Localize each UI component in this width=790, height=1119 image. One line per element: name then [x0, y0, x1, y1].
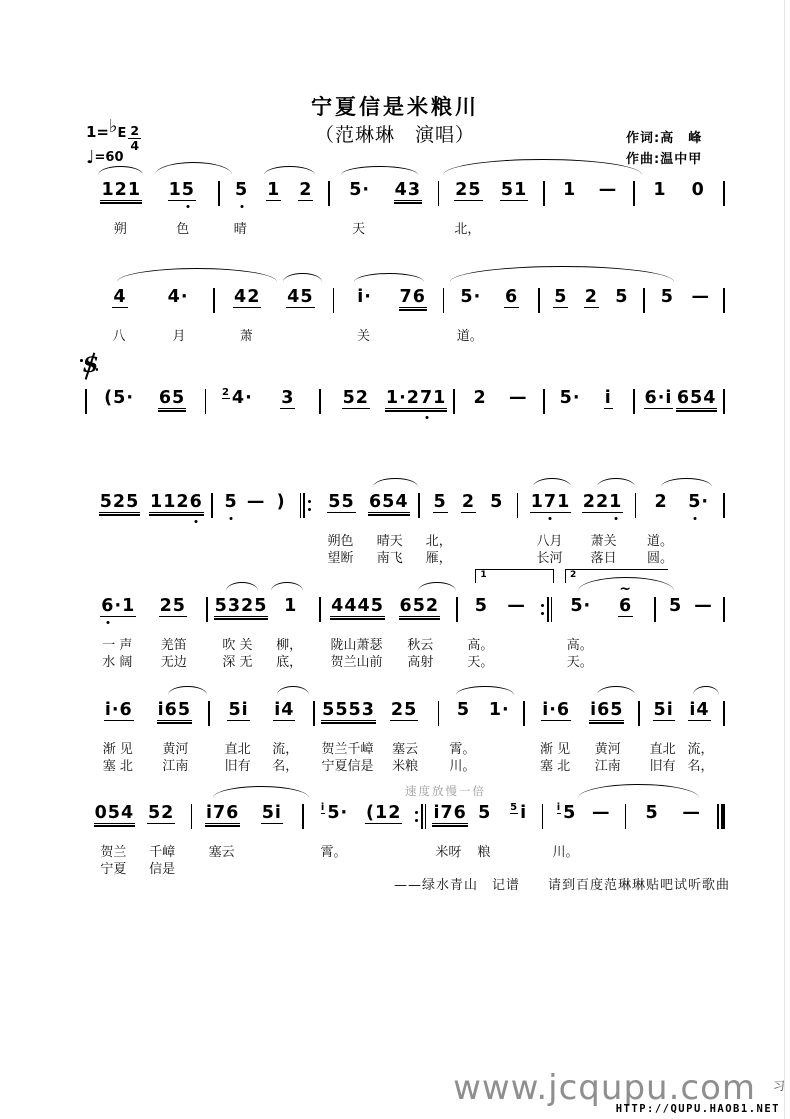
note-token: 43 — [384, 180, 432, 201]
measure: 5ii4直北流，旧有名， — [210, 700, 313, 774]
lyric-syllable: 高。 — [556, 638, 603, 653]
lyric-syllable: 名， — [682, 759, 720, 774]
note-token: 5· — [336, 180, 384, 200]
note-token: 5325 — [214, 596, 269, 617]
lyric-syllable: 底， — [263, 655, 315, 670]
lyric-line: 水 阔无边 — [85, 655, 206, 670]
lyric-line: 圆。 — [636, 551, 723, 566]
lyric-syllable — [274, 329, 329, 344]
lyric-syllable: 萧 — [219, 329, 274, 344]
measure: i7655i米呀粮 — [426, 803, 541, 862]
lyric-line: 北， — [439, 222, 542, 237]
measure-notes: 12115 — [85, 180, 218, 206]
measure-notes: 5·6 — [444, 287, 538, 313]
slur-arc — [213, 786, 309, 798]
note-token: 1·271 — [385, 388, 447, 409]
watermark-edge-mark: 习 — [773, 1077, 785, 1094]
lyric-line: 塞 北江南 — [525, 759, 638, 774]
lyric-syllable: 天 — [334, 222, 384, 237]
note-token: i76 — [432, 803, 467, 824]
note-token: 6·i — [641, 388, 676, 409]
slur-arc — [533, 478, 571, 487]
lyric-syllable: 宁夏信是 — [319, 759, 377, 774]
lyric-line: 朔色 — [85, 222, 218, 237]
time-signature: 2 4 — [128, 124, 141, 153]
measure-notes: 555325 — [315, 700, 438, 726]
staff-row: 6·125一 声羌笛水 阔无边53251吹 关柳，深 无底，4445652陇山萧… — [85, 596, 725, 670]
note-token: 6 — [491, 287, 532, 308]
note-token: 42 — [221, 287, 274, 308]
lyric-line: 霄。 — [304, 845, 414, 860]
note-token: 52 — [327, 388, 385, 409]
note-token: 5· — [450, 287, 491, 307]
music-system: 44·八月4245萧i·76关5·6道。5255— — [85, 287, 725, 344]
volta-bracket: 1 — [475, 569, 554, 583]
note-token: 52 — [138, 803, 185, 824]
note-token: 171 — [524, 492, 576, 513]
note-token: — — [499, 596, 534, 616]
lyric-line: 朔色晴天 — [312, 534, 419, 549]
note-token: 1 — [268, 596, 313, 616]
measure-notes: i5— — [543, 803, 625, 829]
note-token: — — [244, 492, 269, 512]
note-token: — — [584, 803, 619, 823]
segno-icon: S — [79, 353, 101, 380]
lyric-syllable: 柳， — [263, 638, 315, 653]
staff-row: 44·八月4245萧i·76关5·6道。5255— — [85, 287, 725, 344]
note-token: 2 — [642, 492, 680, 512]
note-token: 5 — [445, 700, 481, 720]
note-token: 25 — [445, 180, 491, 201]
lyric-syllable: 南飞 — [365, 551, 414, 566]
tempo-value: =60 — [95, 150, 124, 165]
lyric-syllable — [481, 759, 519, 774]
slur-arc — [578, 784, 700, 798]
measure: 512晴 — [220, 180, 328, 237]
lyric-syllable — [290, 222, 323, 237]
music-system: S(5·6524·3521·2712—5·i6·i654 — [85, 388, 725, 414]
music-system: i·6i65渐 见黄河塞 北江南5ii4直北流，旧有名，555325贺兰千嶂塞云… — [85, 700, 725, 774]
lyric-line: 高。 — [458, 638, 540, 653]
note-token: 76 — [389, 287, 437, 308]
note-token: i·6 — [91, 700, 147, 721]
barline — [723, 492, 725, 518]
note-token: 121 — [91, 180, 152, 201]
measure: 2— — [455, 388, 543, 414]
music-system: 速度放慢一倍05452贺兰千嶂宁夏信是i765i塞云i5·(12霄。i7655i… — [85, 803, 725, 877]
lyric-syllable — [499, 638, 536, 653]
lyric-syllable: 关 — [338, 329, 388, 344]
lyric-line: 宁夏信是米粮 — [315, 759, 438, 774]
lyric-line: 八月萧关 — [518, 534, 634, 549]
measure-notes: 51· — [439, 700, 523, 726]
lyric-line: 萧 — [215, 329, 333, 344]
measure-notes: (5·65 — [87, 388, 205, 414]
lyric-syllable: 江南 — [147, 759, 205, 774]
measure: 5·43天 — [330, 180, 438, 237]
note-token: ) — [269, 492, 294, 512]
note-token: 5i — [247, 803, 296, 824]
lyric-syllable: 八月 — [522, 534, 576, 549]
note-token: i — [589, 388, 627, 409]
lyric-syllable — [454, 551, 484, 566]
measure-notes: 5—) — [213, 492, 300, 518]
footer-credit: ——绿水青山 记谱 请到百度范琳琳贴吧试听歌曲 — [0, 874, 730, 893]
lyric-syllable: 直北 — [214, 742, 262, 757]
lyric-syllable: 晴 — [224, 222, 257, 237]
measure: 5— — [656, 596, 724, 640]
note-token: i5 — [549, 803, 584, 823]
lyric-syllable: 贺兰 — [89, 845, 138, 860]
lyric-syllable — [603, 638, 650, 653]
lyric-syllable: 千嶂 — [138, 845, 187, 860]
lyric-syllable: 萧关 — [577, 534, 631, 549]
volta-label: 1 — [480, 570, 486, 580]
lyric-line: 晴 — [220, 222, 328, 237]
lyric-line: 吹 关柳， — [208, 638, 319, 653]
lyric-line: 一 声羌笛 — [85, 638, 206, 653]
note-token: 45 — [274, 287, 327, 308]
lyric-line: 天。 — [458, 655, 540, 670]
measure-notes: 24·3 — [206, 388, 319, 414]
slur-arc — [373, 478, 418, 487]
note-token: 5 — [607, 287, 637, 307]
grace-note: 2 — [222, 388, 230, 399]
lyric-line: 渐 见黄河 — [525, 742, 638, 757]
measure-notes: 6·125 — [85, 596, 206, 622]
lyric-line: 渐 见黄河 — [85, 742, 208, 757]
measure: 5·6高。天。 — [552, 596, 654, 670]
grace-note: i — [321, 803, 325, 814]
measure-notes: 53251 — [208, 596, 319, 622]
measure: 44·八月 — [85, 287, 213, 344]
lyric-syllable: 黄河 — [581, 742, 634, 757]
lyric-line: 旧有名， — [210, 759, 313, 774]
repeat-end-barline — [540, 596, 552, 622]
note-token: i65 — [147, 700, 203, 721]
measure: 5·i — [545, 388, 633, 414]
note-token: 3 — [263, 388, 314, 409]
slur-arc — [443, 159, 641, 175]
final-barline — [717, 803, 725, 829]
note-token: 5i — [502, 803, 536, 823]
measure-notes: 5·i — [545, 388, 633, 414]
lyric-syllable: 圆。 — [640, 551, 680, 566]
measure: 525北，雁， — [420, 492, 517, 566]
note-token: 5· — [680, 492, 718, 512]
measure-notes: i·76 — [334, 287, 442, 313]
lyric-syllable — [359, 845, 410, 860]
barline — [723, 287, 725, 313]
note-token: 6 — [603, 596, 648, 617]
lyric-line: 八月 — [85, 329, 213, 344]
watermark-site: www.jcqupu.com — [453, 1068, 756, 1108]
lyric-line: 关 — [334, 329, 442, 344]
lyric-line: 贺兰千嶂 — [85, 845, 191, 860]
note-token: i4 — [682, 700, 718, 721]
note-token: 654 — [676, 388, 718, 409]
note-token: 2 — [290, 180, 322, 201]
lyric-syllable: 羌笛 — [146, 638, 203, 653]
lyric-syllable: 吹 关 — [212, 638, 264, 653]
measure-notes: 5251126 — [85, 492, 211, 518]
repeat-end-barline — [414, 803, 426, 829]
lyric-syllable: 晴天 — [365, 534, 414, 549]
volta-bracket: 2 — [565, 569, 668, 583]
staff-row: 12115朔色512晴5·43天2551北，1—10 — [85, 180, 725, 237]
lyric-syllable: 道。 — [640, 534, 680, 549]
sheet-music-page: 宁夏信是米粮川 （范琳琳 演唱） 作词:高 峰 作曲:温中甲 1= ♭ E 2 … — [0, 0, 790, 1119]
lyric-syllable: 霄。 — [308, 845, 359, 860]
lyric-syllable: 高射 — [388, 655, 452, 670]
note-token: 5 — [426, 492, 454, 513]
slur-arc — [418, 582, 456, 591]
measure: 51·霄。川。 — [439, 700, 523, 774]
lyric-syllable: 北， — [443, 222, 491, 237]
lyric-syllable — [584, 845, 621, 860]
lyric-syllable: 深 无 — [212, 655, 264, 670]
measure-notes: 512 — [220, 180, 328, 206]
lyric-syllable: 月 — [149, 329, 209, 344]
grace-note: 5 — [510, 803, 518, 814]
note-token: 2 — [454, 492, 482, 513]
lyric-syllable: 川。 — [547, 845, 584, 860]
note-token: 1 — [641, 180, 679, 200]
lyric-syllable: 色 — [152, 222, 215, 237]
repeat-begin-barline — [300, 492, 312, 518]
lyric-line: 米呀粮 — [426, 845, 541, 860]
measure-notes: 5·6 — [552, 596, 654, 622]
measure-notes: 2551 — [439, 180, 542, 206]
lyric-syllable: 粮 — [466, 845, 502, 860]
note-token: 5 — [546, 287, 576, 308]
note-token: i·6 — [531, 700, 582, 721]
note-token: 25 — [376, 700, 432, 721]
slur-arc — [277, 686, 309, 695]
lyric-syllable: 霄。 — [443, 742, 481, 757]
lyric-syllable: 八 — [89, 329, 149, 344]
note-token: — — [684, 287, 717, 307]
lyric-syllable: 塞 北 — [89, 759, 147, 774]
note-token: 65 — [146, 388, 199, 409]
note-token: — — [499, 388, 537, 408]
lyric-syllable: 天。 — [556, 655, 603, 670]
lyric-syllable — [680, 534, 720, 549]
note-token: — — [672, 803, 712, 823]
measure: 171221八月萧关长河落日 — [518, 492, 634, 566]
lyric-syllable: 朔色 — [316, 534, 365, 549]
page-right-border — [784, 0, 785, 1119]
lyric-syllable — [499, 655, 536, 670]
note-token: 652 — [388, 596, 450, 617]
note-token: 2 — [461, 388, 499, 408]
lyric-syllable: 秋云 — [388, 638, 452, 653]
measure-notes: i7655i — [426, 803, 541, 829]
lyric-syllable — [483, 551, 513, 566]
note-token: 221 — [577, 492, 629, 513]
measure: 555325贺兰千嶂塞云宁夏信是米粮 — [315, 700, 438, 774]
lyric-syllable: 流， — [261, 742, 309, 757]
flat-icon: ♭ — [109, 119, 118, 135]
measure: i5—川。 — [543, 803, 625, 862]
note-token: 054 — [91, 803, 138, 824]
note-token: 5 — [226, 180, 258, 200]
note-token: 55 — [318, 492, 365, 513]
lyric-syllable — [481, 742, 519, 757]
slur-arc — [597, 686, 635, 695]
staff-row: 05452贺兰千嶂宁夏信是i765i塞云i5·(12霄。i7655i米呀粮i5—… — [85, 803, 725, 877]
note-token: 2 — [576, 287, 606, 308]
lyric-syllable — [454, 534, 484, 549]
barline — [723, 700, 725, 726]
tempo-marking: ♩=60 — [86, 147, 123, 168]
slur-arc — [450, 266, 674, 282]
measure: i·6i65渐 见黄河塞 北江南 — [525, 700, 638, 774]
lyric-line: 贺兰山前高射 — [321, 655, 457, 670]
lyric-syllable — [491, 222, 539, 237]
lyric-syllable: 渐 见 — [89, 742, 147, 757]
slur-arc — [661, 478, 712, 487]
measure-notes: i765i — [192, 803, 302, 829]
note-token: 654 — [365, 492, 412, 513]
measure-notes: 6·i654 — [635, 388, 723, 414]
staff-row: 52511265—)55654朔色晴天望断南飞525北，雁，171221八月萧关… — [85, 492, 725, 566]
measure: 4245萧 — [215, 287, 333, 344]
measure: i·76关 — [334, 287, 442, 344]
note-token: 4· — [149, 287, 207, 307]
credit-lyricist: 作词:高 峰 — [626, 127, 702, 146]
measure: 25·道。圆。 — [636, 492, 723, 566]
measure-notes: 1— — [545, 180, 634, 206]
note-token: (5· — [93, 388, 146, 408]
lyric-line: 直北流， — [640, 742, 724, 757]
measure-notes: 44· — [85, 287, 213, 313]
measure: 05452贺兰千嶂宁夏信是 — [85, 803, 191, 877]
measure-notes: 25· — [636, 492, 723, 518]
lyric-line: 长河落日 — [518, 551, 634, 566]
measure: (5·65 — [87, 388, 205, 414]
note-token: 5 — [464, 596, 499, 616]
lyric-syllable — [384, 222, 434, 237]
measure-notes: 5— — [626, 803, 717, 829]
lyric-syllable — [483, 534, 513, 549]
slur-arc — [341, 166, 418, 175]
measure: 4445652陇山萧瑟秋云贺兰山前高射 — [321, 596, 457, 670]
lyric-syllable: 望断 — [316, 551, 365, 566]
lyric-syllable: 塞云 — [196, 845, 247, 860]
note-token: 5 — [632, 803, 672, 823]
measure: i·6i65渐 见黄河塞 北江南 — [85, 700, 208, 774]
slur-arc — [168, 686, 206, 695]
note-token: (12 — [359, 803, 408, 824]
lyric-syllable — [680, 551, 720, 566]
measure: 24·3 — [206, 388, 319, 414]
note-token: 5 — [219, 492, 244, 512]
slur-arc — [354, 273, 424, 282]
measure: 12115朔色 — [85, 180, 218, 237]
measure: 5—) — [213, 492, 300, 536]
lyric-syllable: 塞 北 — [529, 759, 582, 774]
lyric-syllable: 天。 — [462, 655, 499, 670]
lyric-syllable: 无边 — [146, 655, 203, 670]
slur-arc — [693, 686, 719, 695]
barline — [723, 388, 725, 414]
lyric-syllable: 米粮 — [376, 759, 434, 774]
lyric-line: 塞云 — [192, 845, 302, 860]
key-prefix: 1= — [86, 124, 109, 140]
note-token: 4 — [91, 287, 149, 308]
note-token: 1· — [481, 700, 517, 720]
volta-label: 2 — [570, 570, 576, 580]
measure-notes: 5ii4 — [210, 700, 313, 726]
note-token: 5 — [468, 803, 502, 823]
measure-notes: 2— — [455, 388, 543, 414]
lyric-line: 塞 北江南 — [85, 759, 208, 774]
meter-denominator: 4 — [130, 139, 139, 153]
note-token: 0 — [679, 180, 717, 200]
measure-notes: 5·43 — [330, 180, 438, 206]
music-system: 12115朔色512晴5·43天2551北，1—10 — [85, 180, 725, 237]
measure: 5—高。天。 — [458, 596, 540, 670]
lyric-line: 高。 — [552, 638, 654, 653]
measure: 10 — [635, 180, 724, 222]
quarter-note-icon: ♩ — [86, 147, 95, 168]
lyric-syllable: 道。 — [448, 329, 491, 344]
measure: 53251吹 关柳，深 无底， — [208, 596, 319, 670]
slur-arc — [155, 162, 232, 175]
note-token: 4445 — [327, 596, 389, 617]
grace-note: i — [557, 803, 561, 814]
lyric-syllable — [603, 655, 650, 670]
note-token: 5 — [651, 287, 684, 307]
note-token: 51 — [491, 180, 537, 201]
lyric-syllable: 塞云 — [376, 742, 434, 757]
key-letter: E — [118, 126, 127, 142]
lyric-line: 望断南飞 — [312, 551, 419, 566]
measure: 55654朔色晴天望断南飞 — [312, 492, 419, 566]
page-title: 宁夏信是米粮川 — [0, 91, 790, 121]
measure-notes: 5— — [458, 596, 540, 622]
slur-arc — [456, 686, 514, 695]
measure-notes: 521·271 — [321, 388, 454, 414]
slur-arc — [597, 478, 635, 487]
lyric-syllable: 贺兰千嶂 — [319, 742, 377, 757]
note-token: 5553 — [321, 700, 377, 721]
slur-arc — [283, 273, 321, 282]
lyric-syllable: 北， — [424, 534, 454, 549]
measure: 5— — [626, 803, 717, 847]
barline — [723, 596, 725, 622]
note-token: 6·1 — [91, 596, 146, 617]
lyric-syllable: 朔 — [89, 222, 152, 237]
lyric-syllable: 一 声 — [89, 638, 146, 653]
measure-notes: 525 — [420, 492, 517, 518]
lyric-syllable: 渐 见 — [529, 742, 582, 757]
slur-arc — [271, 582, 303, 591]
measure-notes: 171221 — [518, 492, 634, 518]
lyric-syllable: 旧有 — [644, 759, 682, 774]
measure: 6·i654 — [635, 388, 723, 414]
music-system: 52511265—)55654朔色晴天望断南飞525北，雁，171221八月萧关… — [85, 492, 725, 566]
note-token: i5· — [310, 803, 359, 823]
note-token: 5· — [558, 596, 603, 616]
note-token: 15 — [152, 180, 213, 201]
barline — [723, 180, 725, 206]
lyric-syllable — [502, 845, 538, 860]
measure: 5ii4直北流，旧有名， — [640, 700, 724, 774]
lyric-line: 天。 — [552, 655, 654, 670]
lyric-line: 川。 — [543, 845, 625, 860]
